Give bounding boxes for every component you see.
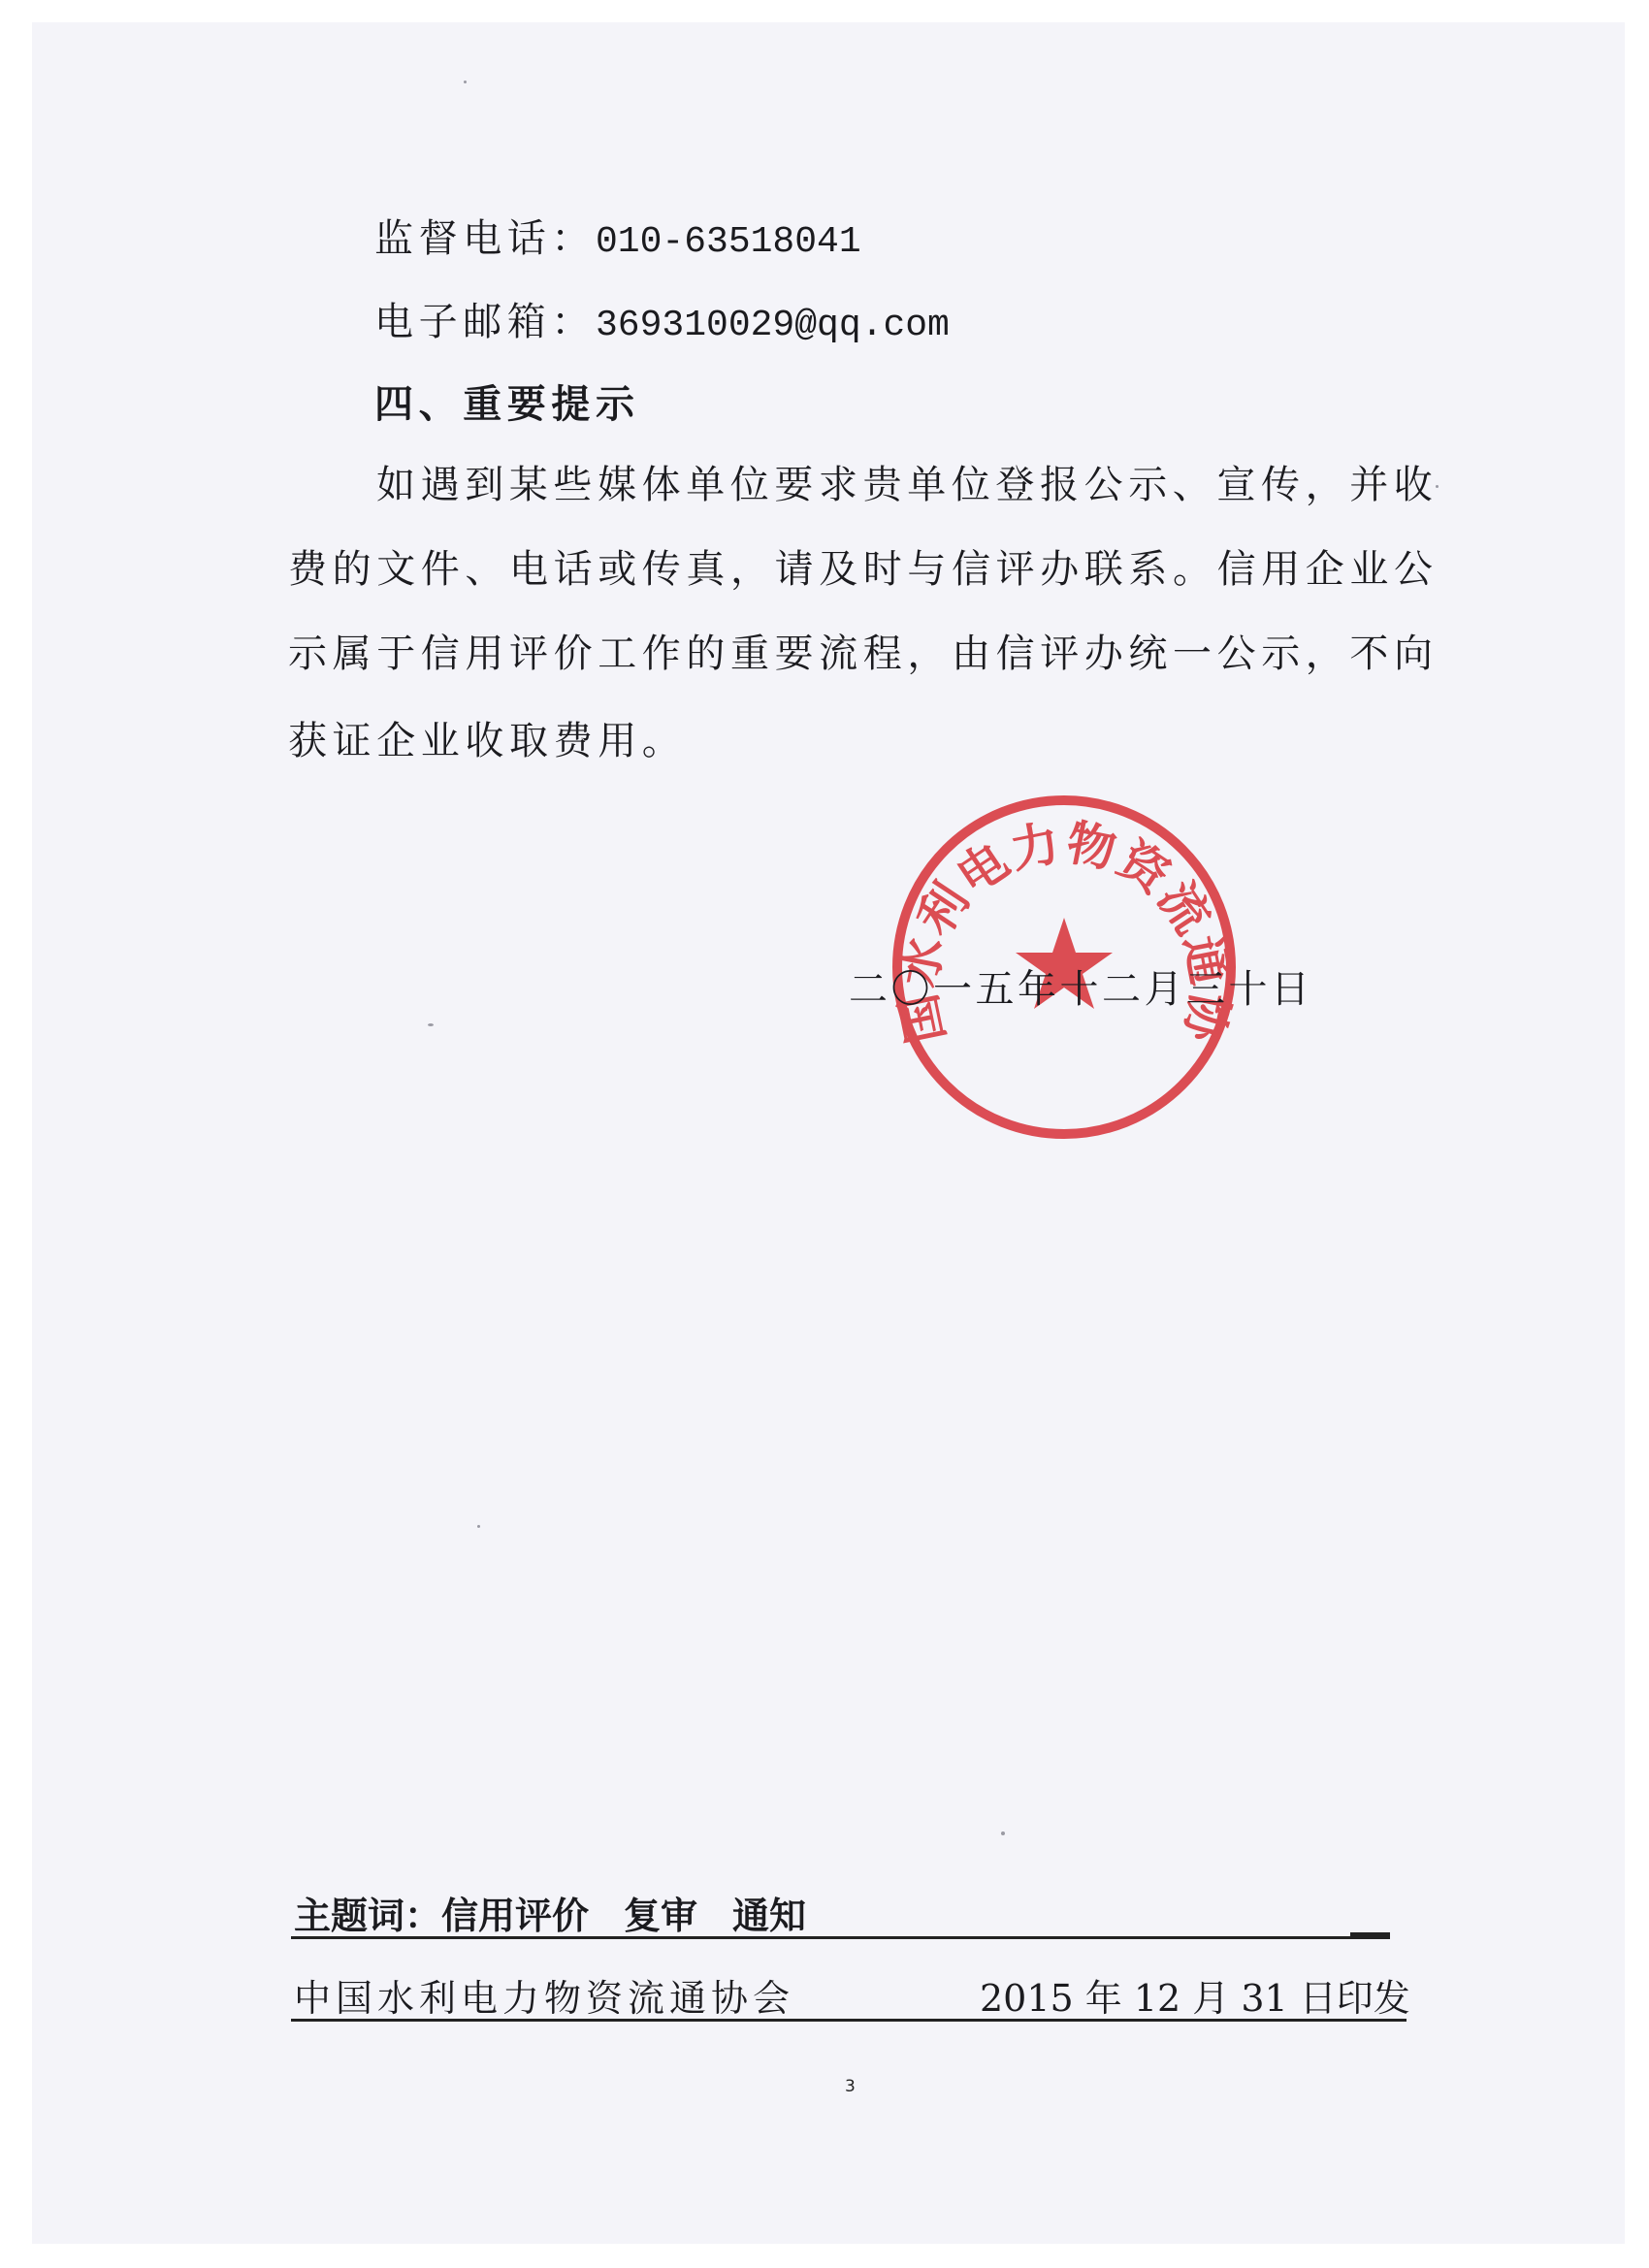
keywords-line: 主题词：信用评价复审通知 [294, 1895, 806, 1937]
page-number: 3 [845, 2077, 856, 2096]
paragraph-line-3: 示属于信用评价工作的重要流程，由信评办统一公示，不向 [288, 631, 1439, 677]
keywords-label: 主题词： [294, 1895, 441, 1937]
phone-label: 监督电话： [374, 216, 596, 261]
supervision-phone-line: 监督电话：010-63518041 [374, 215, 861, 266]
email-label: 电子邮箱： [374, 300, 596, 344]
keywords-rule-end [1350, 1932, 1390, 1937]
scan-speck [477, 1525, 480, 1528]
phone-value: 010-63518041 [596, 221, 861, 263]
scan-speck [1436, 485, 1439, 488]
email-line: 电子邮箱：369310029@qq.com [374, 299, 950, 349]
keywords-rule [291, 1936, 1390, 1939]
keyword-2: 复审 [624, 1895, 697, 1937]
issuer: 中国水利电力物资流通协会 [294, 1977, 794, 2020]
keyword-1: 信用评价 [441, 1895, 589, 1937]
scan-speck [428, 1023, 434, 1026]
email-value: 369310029@qq.com [596, 305, 950, 346]
section-heading: 四、重要提示 [374, 381, 640, 428]
scan-speck [464, 81, 467, 83]
issue-date: 2015 年 12 月 31 日印发 [980, 1977, 1406, 2020]
keyword-3: 通知 [732, 1895, 806, 1937]
paragraph-line-1: 如遇到某些媒体单位要求贵单位登报公示、宣传，并收 [376, 462, 1438, 508]
signature-date: 二〇一五年十二月三十日 [849, 966, 1313, 1013]
scanned-page [32, 22, 1625, 2244]
paragraph-line-2: 费的文件、电话或传真，请及时与信评办联系。信用企业公 [288, 546, 1439, 593]
scan-speck [1001, 1831, 1005, 1835]
paragraph-line-4: 获证企业收取费用。 [288, 718, 686, 764]
issuer-rule [291, 2019, 1406, 2022]
